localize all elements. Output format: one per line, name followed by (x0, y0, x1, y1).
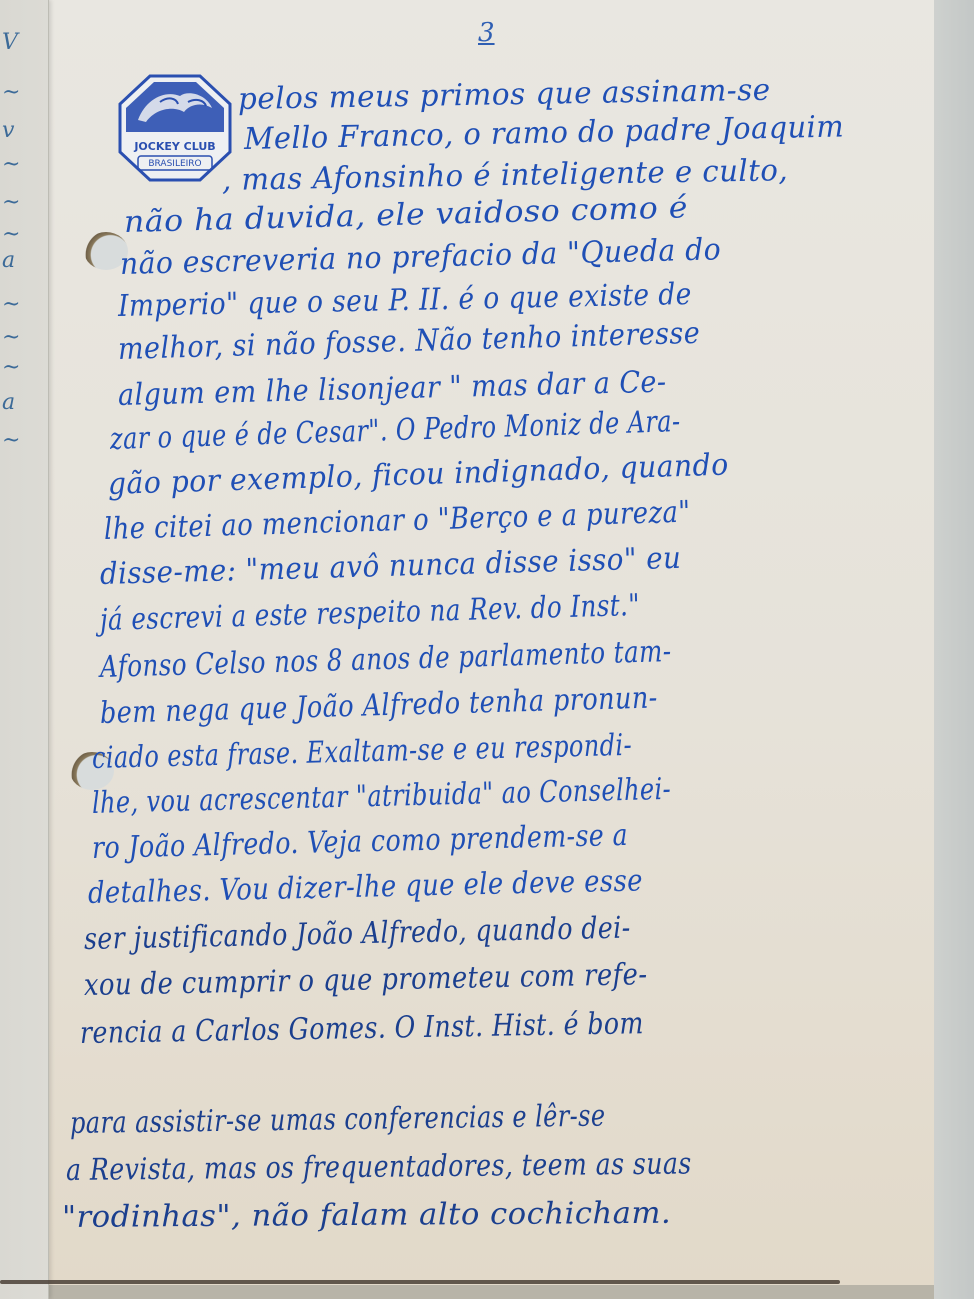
letter-line: já escrevi a este respeito na Rev. do In… (100, 588, 641, 638)
letter-line: não escreveria no prefacio da "Queda do (120, 232, 722, 282)
letter-line: para assistir-se umas conferencias e lêr… (70, 1099, 606, 1141)
letter-line: pelos meus primos que assinam-se (238, 73, 771, 117)
letter-line: zar o que é de Cesar". O Pedro Moniz de … (109, 404, 681, 457)
letter-line: lhe, vou acrescentar "atribuida" ao Cons… (92, 772, 672, 821)
letter-line: não ha duvida, ele vaidoso como é (124, 190, 689, 240)
letter-line: melhor, si não fosse. Não tenho interess… (118, 316, 701, 367)
letter-line: ro João Alfredo. Veja como prendem-se a (92, 818, 629, 866)
letter-line: Mello Franco, o ramo do padre Joaquim (244, 109, 845, 157)
letter-line: detalhes. Vou dizer-lhe que ele deve ess… (88, 863, 644, 911)
letter-line: bem nega que João Alfredo tenha pronun- (100, 680, 659, 731)
letter-line: gão por exemplo, ficou indignado, quando (107, 448, 729, 502)
letter-line: disse-me: "meu avô nunca disse isso" eu (100, 541, 682, 592)
letter-line: Imperio" que o seu P. II. é o que existe… (118, 277, 692, 324)
letter-line: algum em lhe lisonjear " mas dar a Ce- (118, 365, 667, 413)
letter-line: ser justificando João Alfredo, quando de… (84, 911, 631, 957)
letter-line: a Revista, mas os frequentadores, teem a… (66, 1146, 692, 1188)
letter-line: "rodinhas", não falam alto cochicham. (62, 1196, 671, 1235)
letter-line: Afonso Celso nos 8 anos de parlamento ta… (100, 634, 672, 685)
letter-body: pelos meus primos que assinam-se Mello F… (0, 0, 974, 1299)
letter-line: ciado esta frase. Exaltam-se e eu respon… (92, 728, 633, 776)
letter-line: xou de cumprir o que prometeu com refe- (84, 957, 648, 1003)
letter-line: , mas Afonsinho é inteligente e culto, (222, 153, 789, 198)
letter-line: rencia a Carlos Gomes. O Inst. Hist. é b… (80, 1006, 644, 1051)
letter-line: lhe citei ao mencionar o "Berço e a pure… (103, 495, 691, 547)
